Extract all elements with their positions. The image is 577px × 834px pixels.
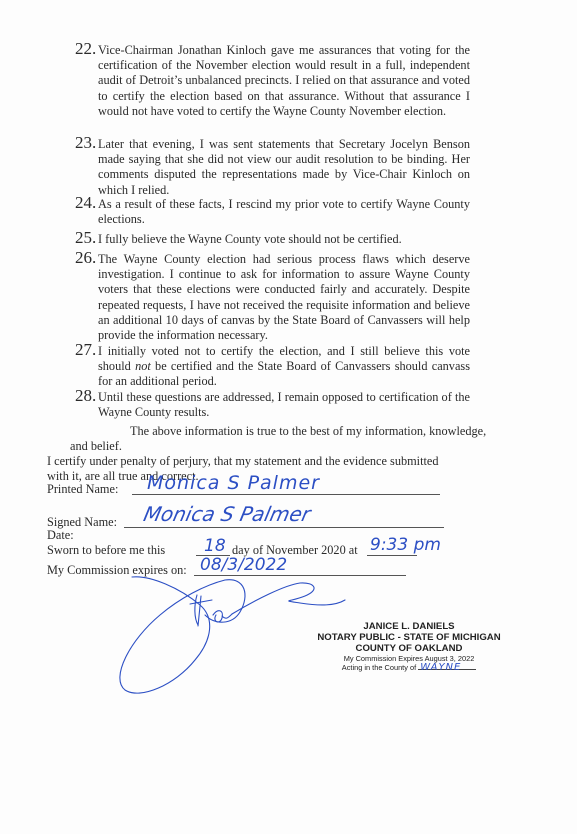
acting-county-value: WAYNE — [420, 663, 461, 672]
acting-county-underline: WAYNE — [418, 669, 476, 670]
notary-signature — [0, 0, 577, 834]
notary-stamp: JANICE L. DANIELS NOTARY PUBLIC - STATE … — [300, 621, 518, 672]
notary-expiration: My Commission Expires August 3, 2022 — [300, 654, 518, 663]
notary-acting-county: Acting in the County of WAYNE — [300, 663, 518, 672]
notary-county: COUNTY OF OAKLAND — [300, 643, 518, 654]
notary-name: JANICE L. DANIELS — [300, 621, 518, 632]
notary-title: NOTARY PUBLIC - STATE OF MICHIGAN — [300, 632, 518, 643]
